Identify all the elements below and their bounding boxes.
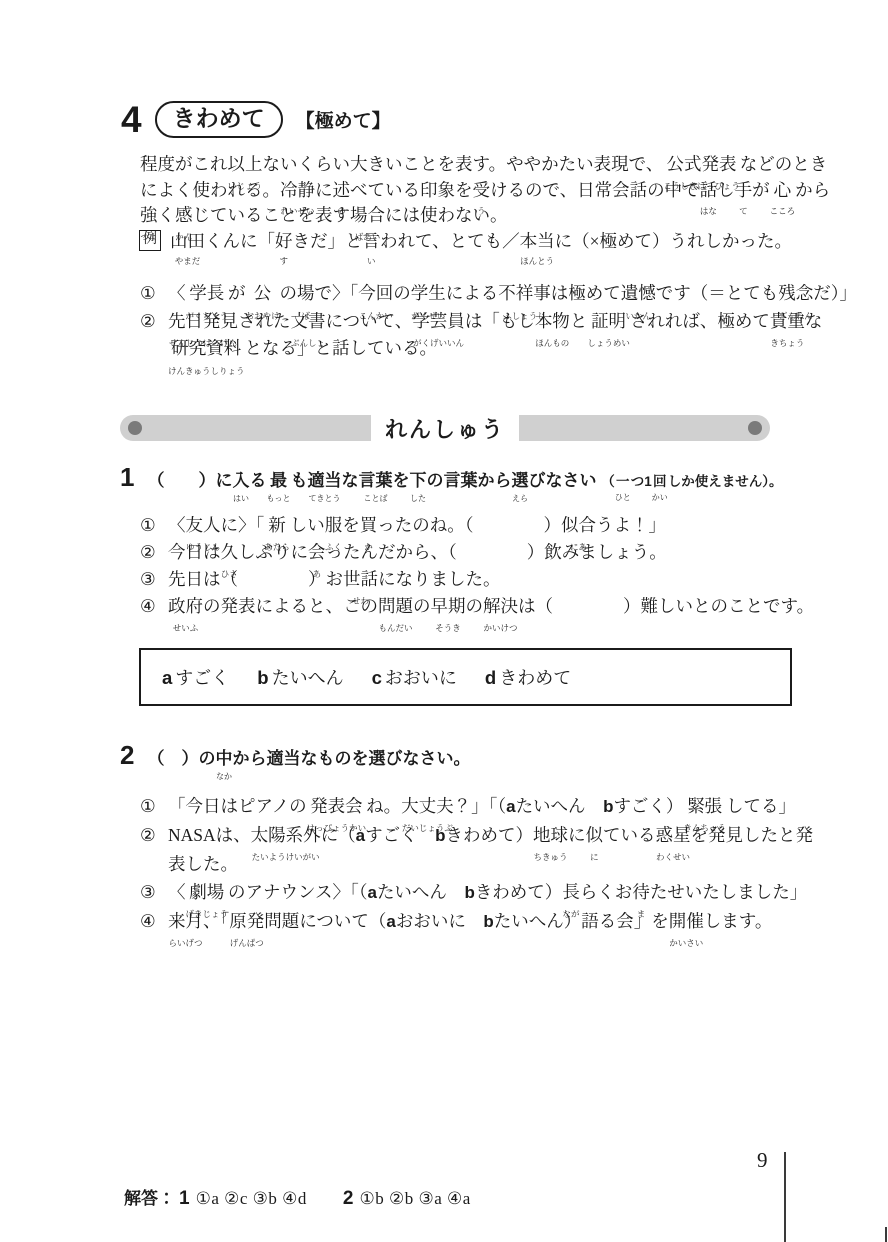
exercise2-number: 2: [120, 742, 134, 768]
word-choices-box: a すごく b たいへん c おおいに d きわめて: [139, 648, 792, 706]
answer-key-label: 解答：: [124, 1184, 175, 1209]
choice-item: d きわめて: [485, 664, 571, 690]
choice-letter: d: [485, 667, 496, 689]
answer-key-ex2-number: 2: [343, 1188, 354, 1210]
item-text-line: 研究資料けんきゅうしりょうとなる」と話している。: [168, 335, 822, 363]
question-row: ② NASAは、太陽系外たいようけいがいに（aすごく bきわめて）地球ちきゅうに…: [140, 821, 813, 878]
example-item: ① 〈学長がくちょうが公おおやけの場ばで〉「今回こんかいの学生がくせいによる不祥…: [140, 280, 857, 308]
headword-pill: きわめて: [155, 101, 283, 138]
description-line: によく使われる。冷静れいせいに述のべている印象を受うけるので、日常会話の中で話は…: [140, 178, 830, 204]
question-number: ③: [140, 878, 168, 907]
practice-header-bar: れんしゅう: [120, 415, 770, 441]
choice-item: a すごく: [162, 664, 229, 690]
example-marker: 例: [139, 230, 161, 251]
question-row: ④ 政府せいふの発表によると、この問題もんだいの早期そうきの解決かいけつは（ ）…: [140, 593, 814, 620]
question-text: 今日は久ひさしぶりに会あったんだから、（ ）飲みましょう。: [168, 539, 667, 566]
answer-key-ex2-answers: ①b ②b ③a ④a: [359, 1189, 470, 1209]
question-row: ③ 〈劇場げきじょうのアナウンス〉「（aたいへん bきわめて）長ながらくお待また…: [140, 878, 813, 907]
example-row: 例 山田やまだくんに「好すきだ」と言いわれて、とても／本当ほんとうに（×極めて）…: [139, 228, 792, 253]
option-letter: b: [483, 912, 493, 931]
question-row: ① 「今日はピアノの発表会はっぴょうかいね。大丈夫だいじょうぶ？」「（aたいへん…: [140, 792, 813, 821]
description-line: 強つよく感かんじていることを表す場合ばあいには使わない。: [140, 203, 830, 229]
question-text: 〈劇場げきじょうのアナウンス〉「（aたいへん bきわめて）長ながらくお待またせい…: [168, 878, 807, 907]
item-text: 〈学長がくちょうが公おおやけの場ばで〉「今回こんかいの学生がくせいによる不祥事ふ…: [168, 280, 857, 308]
instruction-note: （一ひとつ1回かいしか使えません）。: [601, 474, 782, 489]
instruction-main: （ ）に入はいる最もっとも適当てきとうな言葉ことばを下したの言葉から選えらびなさ…: [147, 471, 596, 490]
question-number: ①: [140, 512, 168, 539]
answer-key-ex1-number: 1: [179, 1188, 190, 1210]
numbered-examples: ① 〈学長がくちょうが公おおやけの場ばで〉「今回こんかいの学生がくせいによる不祥…: [140, 280, 857, 363]
choice-letter: b: [257, 667, 268, 689]
option-letter: a: [506, 797, 515, 816]
description-line: 程度がこれ以上いじょうないくらい大きいことを表す。ややかたい表現で、公式発表こう…: [140, 152, 830, 178]
page-number: 9: [757, 1148, 768, 1173]
choice-item: c おおいに: [372, 664, 457, 690]
section-number: 4: [121, 101, 142, 138]
choice-letter: c: [372, 667, 382, 689]
question-row: ④ 来月らいげつ、「原発げんぱつ問題について（aおおいに bたいへん）語る会」を…: [140, 907, 813, 936]
item-number: ②: [140, 308, 168, 363]
item-number: ①: [140, 280, 168, 308]
page-edge-rule: [784, 1152, 786, 1242]
question-number: ④: [140, 593, 168, 620]
option-letter: b: [435, 826, 445, 845]
question-text: 「今日はピアノの発表会はっぴょうかいね。大丈夫だいじょうぶ？」「（aたいへん b…: [168, 792, 796, 821]
exercise1-questions: ① 〈友人ゆうじんに〉「新あたらしい服ふくを買かったのね。（ ）似合にあうよ！」…: [140, 512, 814, 620]
question-text-line: NASAは、太陽系外たいようけいがいに（aすごく bきわめて）地球ちきゅうに似に…: [168, 821, 813, 850]
question-text: 政府せいふの発表によると、この問題もんだいの早期そうきの解決かいけつは（ ）難し…: [168, 593, 814, 620]
question-text: 先日は（ ）お世話せわになりました。: [168, 566, 501, 593]
item-text: 先日発見せんじつはっけんされた文書ぶんしょについて、学芸員がくげいいんは「もし本…: [168, 308, 822, 363]
headword-kanji: 【極めて】: [296, 106, 391, 133]
question-row: ② 今日は久ひさしぶりに会あったんだから、（ ）飲みましょう。: [140, 539, 814, 566]
option-letter: a: [356, 826, 365, 845]
option-letter: b: [603, 797, 613, 816]
usage-description: 程度がこれ以上いじょうないくらい大きいことを表す。ややかたい表現で、公式発表こう…: [140, 152, 830, 229]
bar-dot-left: [128, 421, 142, 435]
option-letter: a: [386, 912, 395, 931]
choice-word: おおいに: [385, 664, 457, 690]
item-text-line: 先日発見せんじつはっけんされた文書ぶんしょについて、学芸員がくげいいんは「もし本…: [168, 308, 822, 336]
question-text: 〈友人ゆうじんに〉「新あたらしい服ふくを買かったのね。（ ）似合にあうよ！」: [168, 512, 666, 539]
exercise2-questions: ① 「今日はピアノの発表会はっぴょうかいね。大丈夫だいじょうぶ？」「（aたいへん…: [140, 792, 813, 936]
exercise1-number: 1: [120, 464, 134, 490]
question-number: ②: [140, 539, 168, 566]
choice-word: きわめて: [499, 664, 571, 690]
exercise1-header: 1 （ ）に入はいる最もっとも適当てきとうな言葉ことばを下したの言葉から選えらび…: [120, 464, 782, 491]
exercise1-instruction: （ ）に入はいる最もっとも適当てきとうな言葉ことばを下したの言葉から選えらびなさ…: [147, 466, 782, 491]
option-letter: a: [368, 883, 377, 902]
question-text: NASAは、太陽系外たいようけいがいに（aすごく bきわめて）地球ちきゅうに似に…: [168, 821, 813, 878]
choice-word: たいへん: [272, 664, 344, 690]
answer-key-ex1-answers: ①a ②c ③b ④d: [196, 1189, 307, 1209]
choice-item: b たいへん: [257, 664, 343, 690]
choice-letter: a: [162, 667, 172, 689]
bar-segment-left: [120, 415, 371, 441]
page-corner-tick: [885, 1227, 887, 1242]
choice-word: すごく: [175, 664, 229, 690]
textbook-page: 4 きわめて 【極めて】 程度がこれ以上いじょうないくらい大きいことを表す。やや…: [0, 0, 888, 1242]
bar-dot-right: [748, 421, 762, 435]
example-item: ② 先日発見せんじつはっけんされた文書ぶんしょについて、学芸員がくげいいんは「も…: [140, 308, 857, 363]
question-number: ④: [140, 907, 168, 936]
answer-key-row: 解答： 1 ①a ②c ③b ④d 2 ①b ②b ③a ④a: [124, 1184, 471, 1210]
option-letter: b: [464, 883, 474, 902]
question-number: ③: [140, 566, 168, 593]
question-number: ①: [140, 792, 168, 821]
exercise2-instruction: （ ）の中なかから適当なものを選びなさい。: [147, 744, 470, 769]
bar-segment-right: [519, 415, 770, 441]
question-number: ②: [140, 821, 168, 878]
example-sentence: 山田やまだくんに「好すきだ」と言いわれて、とても／本当ほんとうに（×極めて）うれ…: [170, 228, 792, 253]
question-text: 来月らいげつ、「原発げんぱつ問題について（aおおいに bたいへん）語る会」を開催…: [168, 907, 772, 936]
section-title: 4 きわめて 【極めて】: [121, 101, 391, 138]
practice-title: れんしゅう: [371, 413, 519, 444]
exercise2-header: 2 （ ）の中なかから適当なものを選びなさい。: [120, 742, 470, 769]
question-row: ① 〈友人ゆうじんに〉「新あたらしい服ふくを買かったのね。（ ）似合にあうよ！」: [140, 512, 814, 539]
question-row: ③ 先日は（ ）お世話せわになりました。: [140, 566, 814, 593]
